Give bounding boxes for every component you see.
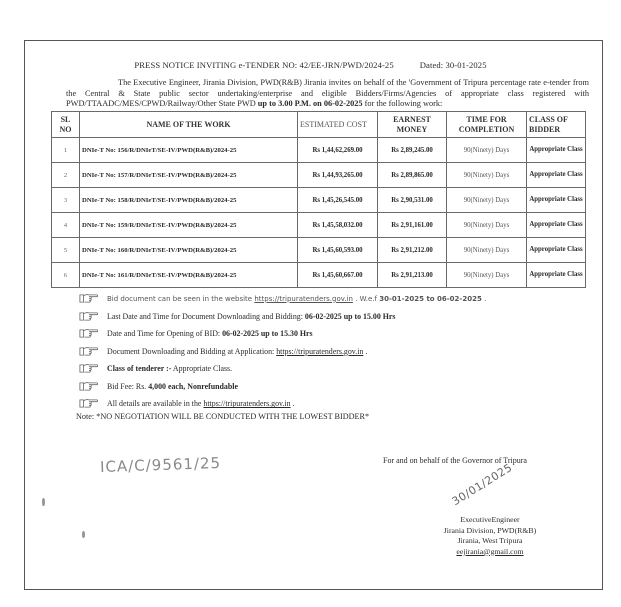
cell-class: Appropriate Class bbox=[527, 263, 586, 288]
header-sl: SL NO bbox=[52, 112, 80, 138]
cell-name: DNIe-T No: 160/R/DNIeT/SE-IV/PWD(R&B)/20… bbox=[80, 238, 298, 263]
cell-name: DNIe-T No: 157/R/DNIeT/SE-IV/PWD(R&B)/20… bbox=[80, 163, 298, 188]
cell-cost: Rs 1,45,58,032.00 bbox=[298, 213, 378, 238]
bullet-item: Bid document can be seen in the website … bbox=[79, 290, 599, 308]
cell-class: Appropriate Class bbox=[527, 188, 586, 213]
table-row: 2DNIe-T No: 157/R/DNIeT/SE-IV/PWD(R&B)/2… bbox=[52, 163, 586, 188]
cell-name: DNIe-T No: 161/R/DNIeT/SE-IV/PWD(R&B)/20… bbox=[80, 263, 298, 288]
bullet-text: Last Date and Time for Document Download… bbox=[107, 312, 303, 321]
bullet-text: Appropriate Class. bbox=[173, 364, 232, 373]
tender-title: PRESS NOTICE INVITING e-TENDER NO: 42/EE… bbox=[134, 60, 393, 70]
bullet-end: . bbox=[365, 347, 367, 356]
bullet-item: Class of tenderer :- Appropriate Class. bbox=[79, 360, 599, 378]
header-earnest: EARNEST MONEY bbox=[378, 112, 447, 138]
cell-class: Appropriate Class bbox=[527, 238, 586, 263]
cell-sl: 4 bbox=[52, 213, 80, 238]
email-link[interactable]: eejirania@gmail.com bbox=[400, 547, 580, 558]
tender-portal-link[interactable]: https://tripuratenders.gov.in bbox=[254, 295, 353, 303]
header-cost: ESTIMATED COST bbox=[298, 112, 378, 138]
table-row: 3DNIe-T No: 158/R/DNIeT/SE-IV/PWD(R&B)/2… bbox=[52, 188, 586, 213]
designation: ExecutiveEngineer bbox=[400, 515, 580, 526]
intro-deadline: up to 3.00 P.M. on 06-02-2025 bbox=[258, 99, 363, 108]
bullet-label: Class of tenderer :- bbox=[107, 364, 171, 373]
bullet-text: . W.e.f bbox=[355, 295, 377, 303]
notice-bullets: Bid document can be seen in the website … bbox=[79, 290, 599, 413]
bullet-emphasis: 06-02-2025 up to 15.30 Hrs bbox=[222, 329, 313, 338]
cell-sl: 5 bbox=[52, 238, 80, 263]
bullet-text: Bid document can be seen in the website bbox=[107, 295, 252, 303]
tender-portal-link[interactable]: https://tripuratenders.gov.in bbox=[276, 347, 363, 356]
cell-sl: 2 bbox=[52, 163, 80, 188]
bullet-emphasis: 4,000 each, Nonrefundable bbox=[148, 382, 238, 391]
cell-earnest: Rs 2,89,245.00 bbox=[378, 138, 447, 163]
scan-speck bbox=[42, 498, 45, 506]
pointing-hand-icon bbox=[79, 346, 99, 357]
notice-date: Dated: 30-01-2025 bbox=[420, 60, 487, 70]
negotiation-note: Note: *NO NEGOTIATION WILL BE CONDUCTED … bbox=[76, 412, 369, 421]
bullet-item: Bid Fee: Rs. 4,000 each, Nonrefundable bbox=[79, 378, 599, 396]
bullet-item: Document Downloading and Bidding at Appl… bbox=[79, 343, 599, 361]
cell-time: 90(Ninety) Days bbox=[447, 138, 527, 163]
scan-speck bbox=[82, 531, 85, 538]
location: Jirania, West Tripura bbox=[400, 536, 580, 547]
pointing-hand-icon bbox=[79, 293, 99, 304]
pointing-hand-icon bbox=[79, 311, 99, 322]
cell-earnest: Rs 2,91,212.00 bbox=[378, 238, 447, 263]
notice-title-line: PRESS NOTICE INVITING e-TENDER NO: 42/EE… bbox=[0, 60, 621, 70]
header-class: CLASS OF BIDDER bbox=[527, 112, 586, 138]
bullet-item: Last Date and Time for Document Download… bbox=[79, 308, 599, 326]
cell-earnest: Rs 2,90,531.00 bbox=[378, 188, 447, 213]
table-header-row: SL NO NAME OF THE WORK ESTIMATED COST EA… bbox=[52, 112, 586, 138]
cell-cost: Rs 1,44,93,265.00 bbox=[298, 163, 378, 188]
intro-tail: for the following work: bbox=[365, 99, 443, 108]
cell-sl: 6 bbox=[52, 263, 80, 288]
cell-earnest: Rs 2,89,865.00 bbox=[378, 163, 447, 188]
cell-name: DNIe-T No: 159/R/DNIeT/SE-IV/PWD(R&B)/20… bbox=[80, 213, 298, 238]
cell-cost: Rs 1,45,26,545.00 bbox=[298, 188, 378, 213]
signature-block: ExecutiveEngineer Jirania Division, PWD(… bbox=[400, 515, 580, 557]
cell-cost: Rs 1,45,60,667.00 bbox=[298, 263, 378, 288]
bullet-text: Document Downloading and Bidding at Appl… bbox=[107, 347, 274, 356]
works-table: SL NO NAME OF THE WORK ESTIMATED COST EA… bbox=[51, 111, 586, 288]
pointing-hand-icon bbox=[79, 363, 99, 374]
cell-time: 90(Ninety) Days bbox=[447, 263, 527, 288]
cell-name: DNIe-T No: 156/R/DNIeT/SE-IV/PWD(R&B)/20… bbox=[80, 138, 298, 163]
bullet-text: Bid Fee: Rs. bbox=[107, 382, 146, 391]
cell-sl: 3 bbox=[52, 188, 80, 213]
bullet-item: Date and Time for Opening of BID: 06-02-… bbox=[79, 325, 599, 343]
intro-paragraph: The Executive Engineer, Jirania Division… bbox=[66, 78, 589, 110]
pointing-hand-icon bbox=[79, 328, 99, 339]
bullet-emphasis: 06-02-2025 up to 15.00 Hrs bbox=[305, 312, 396, 321]
cell-earnest: Rs 2,91,161.00 bbox=[378, 213, 447, 238]
table-row: 6DNIe-T No: 161/R/DNIeT/SE-IV/PWD(R&B)/2… bbox=[52, 263, 586, 288]
cell-time: 90(Ninety) Days bbox=[447, 163, 527, 188]
pointing-hand-icon bbox=[79, 398, 99, 409]
cell-time: 90(Ninety) Days bbox=[447, 238, 527, 263]
bullet-end: . bbox=[484, 295, 486, 303]
table-row: 4DNIe-T No: 159/R/DNIeT/SE-IV/PWD(R&B)/2… bbox=[52, 213, 586, 238]
table-row: 1DNIe-T No: 156/R/DNIeT/SE-IV/PWD(R&B)/2… bbox=[52, 138, 586, 163]
cell-cost: Rs 1,44,62,269.00 bbox=[298, 138, 378, 163]
bullet-end: . bbox=[293, 399, 295, 408]
cell-class: Appropriate Class bbox=[527, 163, 586, 188]
division: Jirania Division, PWD(R&B) bbox=[400, 526, 580, 537]
bullet-text: Date and Time for Opening of BID: bbox=[107, 329, 220, 338]
cell-name: DNIe-T No: 158/R/DNIeT/SE-IV/PWD(R&B)/20… bbox=[80, 188, 298, 213]
cell-class: Appropriate Class bbox=[527, 213, 586, 238]
cell-time: 90(Ninety) Days bbox=[447, 213, 527, 238]
cell-earnest: Rs 2,91,213.00 bbox=[378, 263, 447, 288]
table-row: 5DNIe-T No: 160/R/DNIeT/SE-IV/PWD(R&B)/2… bbox=[52, 238, 586, 263]
header-time: TIME FOR COMPLETION bbox=[447, 112, 527, 138]
header-name: NAME OF THE WORK bbox=[80, 112, 298, 138]
cell-sl: 1 bbox=[52, 138, 80, 163]
cell-time: 90(Ninety) Days bbox=[447, 188, 527, 213]
pointing-hand-icon bbox=[79, 381, 99, 392]
bullet-item: All details are available in the https:/… bbox=[79, 395, 599, 413]
cell-cost: Rs 1,45,60,593.00 bbox=[298, 238, 378, 263]
tender-portal-link[interactable]: https://tripuratenders.gov.in bbox=[203, 399, 290, 408]
bullet-text: All details are available in the bbox=[107, 399, 201, 408]
bullet-emphasis: 30-01-2025 to 06-02-2025 bbox=[379, 295, 482, 303]
cell-class: Appropriate Class bbox=[527, 138, 586, 163]
